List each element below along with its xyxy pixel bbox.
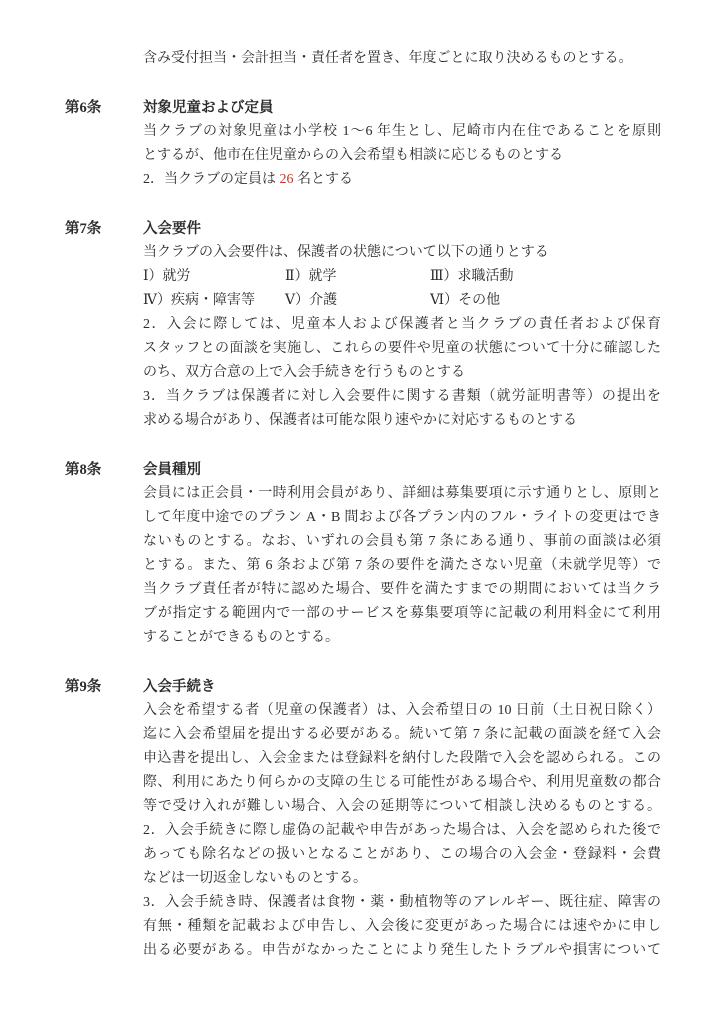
- text-segment: 等で受け入れが難しい場合、入会の延期等について相談し決めるものとする。: [143, 799, 661, 814]
- requirement-row: Ⅰ）就労Ⅱ）就学Ⅲ）求職活動: [143, 265, 661, 289]
- text-segment: 3．入会手続き時、保護者は食物・薬・動植物等のアレルギー、既往症、障害の: [143, 895, 661, 910]
- article-body: 会員には正会員・一時利用会員があり、詳細は募集要項に示す通りとし、原則として年度…: [143, 482, 661, 650]
- continuation-line: 含み受付担当・会計担当・責任者を置き、年度ごとに取り決めるものとする。: [143, 47, 661, 71]
- article-section-7: 第7条入会要件当クラブの入会要件は、保護者の状態について以下の通りとするⅠ）就労…: [65, 217, 661, 433]
- requirement-item: Ⅴ）介護: [285, 289, 430, 313]
- body-line: 3．当クラブは保護者に対し入会要件に関する書類（就労証明書等）の提出を: [143, 385, 661, 409]
- document-page: 含み受付担当・会計担当・責任者を置き、年度ごとに取り決めるものとする。 第6条対…: [0, 0, 724, 1024]
- requirement-item: Ⅵ）その他: [430, 289, 661, 313]
- text-segment: して年度中途でのプラン A・B 間および各プラン内のフル・ライトの変更はでき: [143, 510, 661, 525]
- articles-container: 第6条対象児童および定員当クラブの対象児童は小学校 1～6 年生とし、尼崎市内在…: [65, 96, 661, 963]
- body-line: 会員には正会員・一時利用会員があり、詳細は募集要項に示す通りとし、原則と: [143, 482, 661, 506]
- text-segment: 迄に入会希望届を提出する必要がある。続いて第 7 条に記載の面談を経て入会: [143, 727, 661, 742]
- text-segment: とするが、他市在住児童からの入会希望も相談に応じるものとする: [143, 148, 563, 163]
- article-number: 第8条: [65, 458, 143, 482]
- text-segment: することができるものとする。: [143, 630, 339, 645]
- body-line: 当クラブの対象児童は小学校 1～6 年生とし、尼崎市内在住であることを原則: [143, 120, 661, 144]
- requirement-item: Ⅳ）疾病・障害等: [143, 289, 285, 313]
- body-line: 求める場合があり、保護者は可能な限り速やかに対応するものとする: [143, 409, 661, 433]
- article-number: 第6条: [65, 96, 143, 120]
- text-segment: 会員には正会員・一時利用会員があり、詳細は募集要項に示す通りとし、原則と: [143, 486, 661, 501]
- requirement-item: Ⅰ）就労: [143, 265, 285, 289]
- body-line: 等で受け入れが難しい場合、入会の延期等について相談し決めるものとする。: [143, 795, 661, 819]
- body-line: とする。また、第 6 条および第 7 条の要件を満たさない児童（未就学児等）で: [143, 554, 661, 578]
- article-body: 入会を希望する者（児童の保護者）は、入会希望日の 10 日前（土日祝日除く）迄に…: [143, 699, 661, 963]
- body-line: 迄に入会希望届を提出する必要がある。続いて第 7 条に記載の面談を経て入会: [143, 723, 661, 747]
- text-segment: ないものとする。なお、いずれの会員も第 7 条にある通り、事前の面談は必須: [143, 534, 661, 549]
- article-number: 第9条: [65, 675, 143, 699]
- text-segment: 求める場合があり、保護者は可能な限り速やかに対応するものとする: [143, 413, 577, 428]
- body-line: あっても除名などの扱いとなることがあり、この場合の入会金・登録料・会費: [143, 843, 661, 867]
- text-segment: 際、利用にあたり何らかの支障の生じる可能性がある場合や、利用児童数の都合: [143, 775, 661, 790]
- article-title: 会員種別: [143, 458, 661, 482]
- text-segment: 名とする: [294, 172, 354, 187]
- article-body: 当クラブの入会要件は、保護者の状態について以下の通りとするⅠ）就労Ⅱ）就学Ⅲ）求…: [143, 241, 661, 433]
- text-segment: などは一切返金しないものとする。: [143, 871, 367, 886]
- body-line: することができるものとする。: [143, 626, 661, 650]
- text-segment: 当クラブ責任者が特に認めた場合、要件を満たすまでの期間においては当クラ: [143, 582, 661, 597]
- article-heading: 第9条入会手続き: [65, 675, 661, 699]
- requirement-item: Ⅱ）就学: [285, 265, 430, 289]
- article-title: 入会手続き: [143, 675, 661, 699]
- article-heading: 第8条会員種別: [65, 458, 661, 482]
- article-heading: 第6条対象児童および定員: [65, 96, 661, 120]
- article-number: 第7条: [65, 217, 143, 241]
- article-section-6: 第6条対象児童および定員当クラブの対象児童は小学校 1～6 年生とし、尼崎市内在…: [65, 96, 661, 192]
- article-section-8: 第8条会員種別会員には正会員・一時利用会員があり、詳細は募集要項に示す通りとし、…: [65, 458, 661, 650]
- text-segment: 出る必要がある。申告がなかったことにより発生したトラブルや損害について: [143, 943, 661, 958]
- body-line: 3．入会手続き時、保護者は食物・薬・動植物等のアレルギー、既往症、障害の: [143, 891, 661, 915]
- article-section-9: 第9条入会手続き入会を希望する者（児童の保護者）は、入会希望日の 10 日前（土…: [65, 675, 661, 963]
- body-line: 際、利用にあたり何らかの支障の生じる可能性がある場合や、利用児童数の都合: [143, 771, 661, 795]
- body-line: 2．入会に際しては、児童本人および保護者と当クラブの責任者および保育: [143, 313, 661, 337]
- text-segment: あっても除名などの扱いとなることがあり、この場合の入会金・登録料・会費: [143, 847, 661, 862]
- body-line: ブが指定する範囲内で一部のサービスを募集要項等に記載の利用料金にて利用: [143, 602, 661, 626]
- article-heading: 第7条入会要件: [65, 217, 661, 241]
- body-line: ないものとする。なお、いずれの会員も第 7 条にある通り、事前の面談は必須: [143, 530, 661, 554]
- body-line: とするが、他市在住児童からの入会希望も相談に応じるものとする: [143, 144, 661, 168]
- text-segment: 当クラブの対象児童は小学校 1～6 年生とし、尼崎市内在住であることを原則: [143, 124, 661, 139]
- text-segment: 3．当クラブは保護者に対し入会要件に関する書類（就労証明書等）の提出を: [143, 389, 661, 404]
- requirement-row: Ⅳ）疾病・障害等Ⅴ）介護Ⅵ）その他: [143, 289, 661, 313]
- text-segment: ブが指定する範囲内で一部のサービスを募集要項等に記載の利用料金にて利用: [143, 606, 661, 621]
- text-segment: 入会を希望する者（児童の保護者）は、入会希望日の 10 日前（土日祝日除く）: [143, 703, 661, 718]
- body-line: 当クラブの入会要件は、保護者の状態について以下の通りとする: [143, 241, 661, 265]
- article-title: 入会要件: [143, 217, 661, 241]
- body-line: スタッフとの面談を実施し、これらの要件や児童の状態について十分に確認した: [143, 337, 661, 361]
- body-line: 出る必要がある。申告がなかったことにより発生したトラブルや損害について: [143, 939, 661, 963]
- text-segment: スタッフとの面談を実施し、これらの要件や児童の状態について十分に確認した: [143, 341, 661, 356]
- body-line: 2．入会手続きに際し虚偽の記載や申告があった場合は、入会を認められた後で: [143, 819, 661, 843]
- body-line: 入会を希望する者（児童の保護者）は、入会希望日の 10 日前（土日祝日除く）: [143, 699, 661, 723]
- article-body: 当クラブの対象児童は小学校 1～6 年生とし、尼崎市内在住であることを原則とする…: [143, 120, 661, 192]
- capacity-number: 26: [280, 172, 294, 187]
- body-line: のち、双方合意の上で入会手続きを行うものとする: [143, 361, 661, 385]
- body-line: などは一切返金しないものとする。: [143, 867, 661, 891]
- text-segment: 有無・種類を記載および申告し、入会後に変更があった場合には速やかに申し: [143, 919, 661, 934]
- body-line: 2．当クラブの定員は 26 名とする: [143, 168, 661, 192]
- text-segment: 2．当クラブの定員は: [143, 172, 280, 187]
- body-line: 申込書を提出し、入会金または登録料を納付した段階で入会を認められる。この: [143, 747, 661, 771]
- text-segment: 2．入会に際しては、児童本人および保護者と当クラブの責任者および保育: [143, 317, 661, 332]
- body-line: 当クラブ責任者が特に認めた場合、要件を満たすまでの期間においては当クラ: [143, 578, 661, 602]
- body-line: して年度中途でのプラン A・B 間および各プラン内のフル・ライトの変更はでき: [143, 506, 661, 530]
- text-segment: 当クラブの入会要件は、保護者の状態について以下の通りとする: [143, 245, 549, 260]
- text-segment: とする。また、第 6 条および第 7 条の要件を満たさない児童（未就学児等）で: [143, 558, 661, 573]
- body-line: 有無・種類を記載および申告し、入会後に変更があった場合には速やかに申し: [143, 915, 661, 939]
- article-title: 対象児童および定員: [143, 96, 661, 120]
- text-segment: 申込書を提出し、入会金または登録料を納付した段階で入会を認められる。この: [143, 751, 661, 766]
- text-segment: のち、双方合意の上で入会手続きを行うものとする: [143, 365, 465, 380]
- text-segment: 2．入会手続きに際し虚偽の記載や申告があった場合は、入会を認められた後で: [143, 823, 661, 838]
- requirement-item: Ⅲ）求職活動: [430, 265, 661, 289]
